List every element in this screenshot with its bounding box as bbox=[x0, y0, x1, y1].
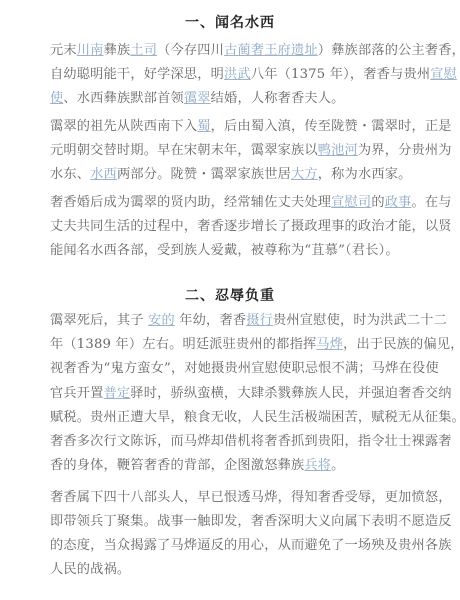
text-run: 自幼聪明能干，好学深思，明 bbox=[50, 67, 224, 82]
paragraph-line: 人民的战祸。 bbox=[50, 562, 412, 578]
text-run: 官兵开置 bbox=[50, 386, 104, 401]
text-run: 人民的战祸。 bbox=[50, 562, 130, 577]
paragraph-line: 自幼聪明能干，好学深思，明洪武八年（1375 年），奢香与贵州宣慰 bbox=[50, 67, 412, 83]
text-run: 水东、 bbox=[50, 167, 90, 182]
text-run: 奢香属下四十八部头人，早已恨透马烨，得知奢香受辱，更加愤怒， bbox=[50, 490, 452, 505]
text-run: 。在与 bbox=[411, 195, 451, 210]
paragraph-line: 香的身体，鞭笞奢香的背部，企图激怒彝族兵将。 bbox=[50, 458, 412, 474]
text-run: 、水西彝族默部首领 bbox=[63, 91, 184, 106]
text-run: ，称为水西家。 bbox=[318, 167, 412, 182]
text-run: 元明朝交替时期。早在宋朝末年，霭翠家族以 bbox=[50, 143, 318, 158]
term-link[interactable]: 霭翠 bbox=[184, 91, 211, 106]
paragraph-line: 能闻名水西各部，受到族人爱戴，被尊称为“苴慕”（君长）。 bbox=[50, 243, 412, 259]
text-run: 。 bbox=[331, 458, 344, 473]
term-link[interactable]: 兵将 bbox=[304, 458, 331, 473]
term-link[interactable]: 古蔺奢王府遗址 bbox=[224, 43, 318, 58]
text-run: ）彝族部落的公主奢香， bbox=[318, 43, 460, 58]
term-link[interactable]: 马烨 bbox=[316, 337, 343, 352]
section-heading: 二、忍辱负重 bbox=[0, 285, 460, 305]
text-run: 为界，分贵州为 bbox=[358, 143, 452, 158]
text-run: 年幼，奢香 bbox=[175, 313, 246, 328]
term-link[interactable]: 使 bbox=[50, 91, 63, 106]
text-run: 元末 bbox=[50, 43, 77, 58]
paragraph-line: 丈夫共同生活的过程中，奢香逐步增长了摄政理事的政治才能，以贤 bbox=[50, 219, 412, 235]
paragraph-line: 霭翠的祖先从陕西南下入蜀，后由蜀入滇，传至陇赞・霭翠时，正是 bbox=[50, 119, 412, 135]
term-link[interactable]: 鸭池河 bbox=[318, 143, 358, 158]
paragraph-line: 视奢香为“鬼方蛮女”，对她摄贵州宣慰使职忌恨不满；马烨在役使 bbox=[50, 361, 412, 377]
text-run: ，出于民族的偏见， bbox=[343, 337, 460, 352]
term-link[interactable]: 水西 bbox=[90, 167, 117, 182]
term-link[interactable]: 安的 bbox=[148, 313, 175, 328]
text-run: 贵州宣慰使，时为洪武二十二 bbox=[273, 313, 447, 328]
paragraph-line: 奢香婚后成为霭翠的贤内助，经常辅佐丈夫处理宣慰司的政事。在与 bbox=[50, 195, 412, 211]
paragraph-line: 水东、水西两部分。陇赞・霭翠家族世居大方，称为水西家。 bbox=[50, 167, 412, 183]
text-run: 的态度，当众揭露了马烨逼反的用心，从而避免了一场殃及贵州各族 bbox=[50, 538, 452, 553]
term-link[interactable]: 宣慰 bbox=[430, 67, 457, 82]
paragraph-line: 霭翠死后，其子 安的 年幼，奢香摄行贵州宣慰使，时为洪武二十二 bbox=[50, 313, 412, 329]
text-run: 即带领兵丁聚集。战事一触即发，奢香深明大义向属下表明不愿造反 bbox=[50, 514, 452, 529]
paragraph-line: 元末川南彝族土司（今存四川古蔺奢王府遗址）彝族部落的公主奢香， bbox=[50, 43, 412, 59]
term-link[interactable]: 政事 bbox=[385, 195, 412, 210]
paragraph-line: 年（1389 年）左右。明廷派驻贵州的都指挥马烨，出于民族的偏见， bbox=[50, 337, 412, 353]
term-link[interactable]: 普定 bbox=[104, 386, 131, 401]
term-link[interactable]: 洪武 bbox=[224, 67, 251, 82]
text-run: 奢香婚后成为霭翠的贤内助，经常辅佐丈夫处理 bbox=[50, 195, 331, 210]
text-run: 的 bbox=[371, 195, 384, 210]
paragraph-line: 赋税。贵州正遭大旱，粮食无收，人民生活极端困苦，赋税无从征集。 bbox=[50, 410, 412, 426]
text-run: 奢香多次行文陈诉，而马烨却借机将奢香抓到贵阳，指令壮士裸露奢 bbox=[50, 434, 452, 449]
text-run: 能闻名水西各部，受到族人爱戴，被尊称为“苴慕”（君长）。 bbox=[50, 243, 399, 258]
text-run: 香的身体，鞭笞奢香的背部，企图激怒彝族 bbox=[50, 458, 304, 473]
term-link[interactable]: 蜀 bbox=[197, 119, 210, 134]
text-run: 丈夫共同生活的过程中，奢香逐步增长了摄政理事的政治才能，以贤 bbox=[50, 219, 452, 234]
paragraph-line: 的态度，当众揭露了马烨逼反的用心，从而避免了一场殃及贵州各族 bbox=[50, 538, 412, 554]
term-link[interactable]: 大方 bbox=[291, 167, 318, 182]
text-run: 两部分。陇赞・霭翠家族世居 bbox=[117, 167, 291, 182]
text-run: ，后由蜀入滇，传至陇赞・霭翠时，正是 bbox=[211, 119, 452, 134]
paragraph-line: 元明朝交替时期。早在宋朝末年，霭翠家族以鸭池河为界，分贵州为 bbox=[50, 143, 412, 159]
text-run: 赋税。贵州正遭大旱，粮食无收，人民生活极端困苦，赋税无从征集。 bbox=[50, 410, 460, 425]
text-run: 彝族 bbox=[104, 43, 131, 58]
term-link[interactable]: 土司 bbox=[130, 43, 157, 58]
text-run: 驿时，骄纵蛮横，大肆杀戮彝族人民，并强迫奢香交纳 bbox=[130, 386, 451, 401]
paragraph-line: 使、水西彝族默部首领霭翠结婚，人称奢香夫人。 bbox=[50, 91, 412, 107]
section-heading: 一、闻名水西 bbox=[0, 12, 460, 32]
text-run: 年（1389 年）左右。明廷派驻贵州的都指挥 bbox=[50, 337, 316, 352]
paragraph-line: 官兵开置普定驿时，骄纵蛮横，大肆杀戮彝族人民，并强迫奢香交纳 bbox=[50, 386, 412, 402]
document-page: 一、闻名水西元末川南彝族土司（今存四川古蔺奢王府遗址）彝族部落的公主奢香，自幼聪… bbox=[0, 0, 460, 600]
text-run: 霭翠的祖先从陕西南下入 bbox=[50, 119, 197, 134]
term-link[interactable]: 摄行 bbox=[246, 313, 273, 328]
paragraph-line: 奢香多次行文陈诉，而马烨却借机将奢香抓到贵阳，指令壮士裸露奢 bbox=[50, 434, 412, 450]
text-run: 视奢香为“鬼方蛮女”，对她摄贵州宣慰使职忌恨不满；马烨在役使 bbox=[50, 361, 439, 376]
text-run: 结婚，人称奢香夫人。 bbox=[211, 91, 345, 106]
text-run: 八年（1375 年），奢香与贵州 bbox=[251, 67, 430, 82]
paragraph-line: 即带领兵丁聚集。战事一触即发，奢香深明大义向属下表明不愿造反 bbox=[50, 514, 412, 530]
text-run: 霭翠死后，其子 bbox=[50, 313, 148, 328]
term-link[interactable]: 宣慰司 bbox=[331, 195, 371, 210]
text-run: （今存四川 bbox=[157, 43, 224, 58]
term-link[interactable]: 川南 bbox=[77, 43, 104, 58]
paragraph-line: 奢香属下四十八部头人，早已恨透马烨，得知奢香受辱，更加愤怒， bbox=[50, 490, 412, 506]
